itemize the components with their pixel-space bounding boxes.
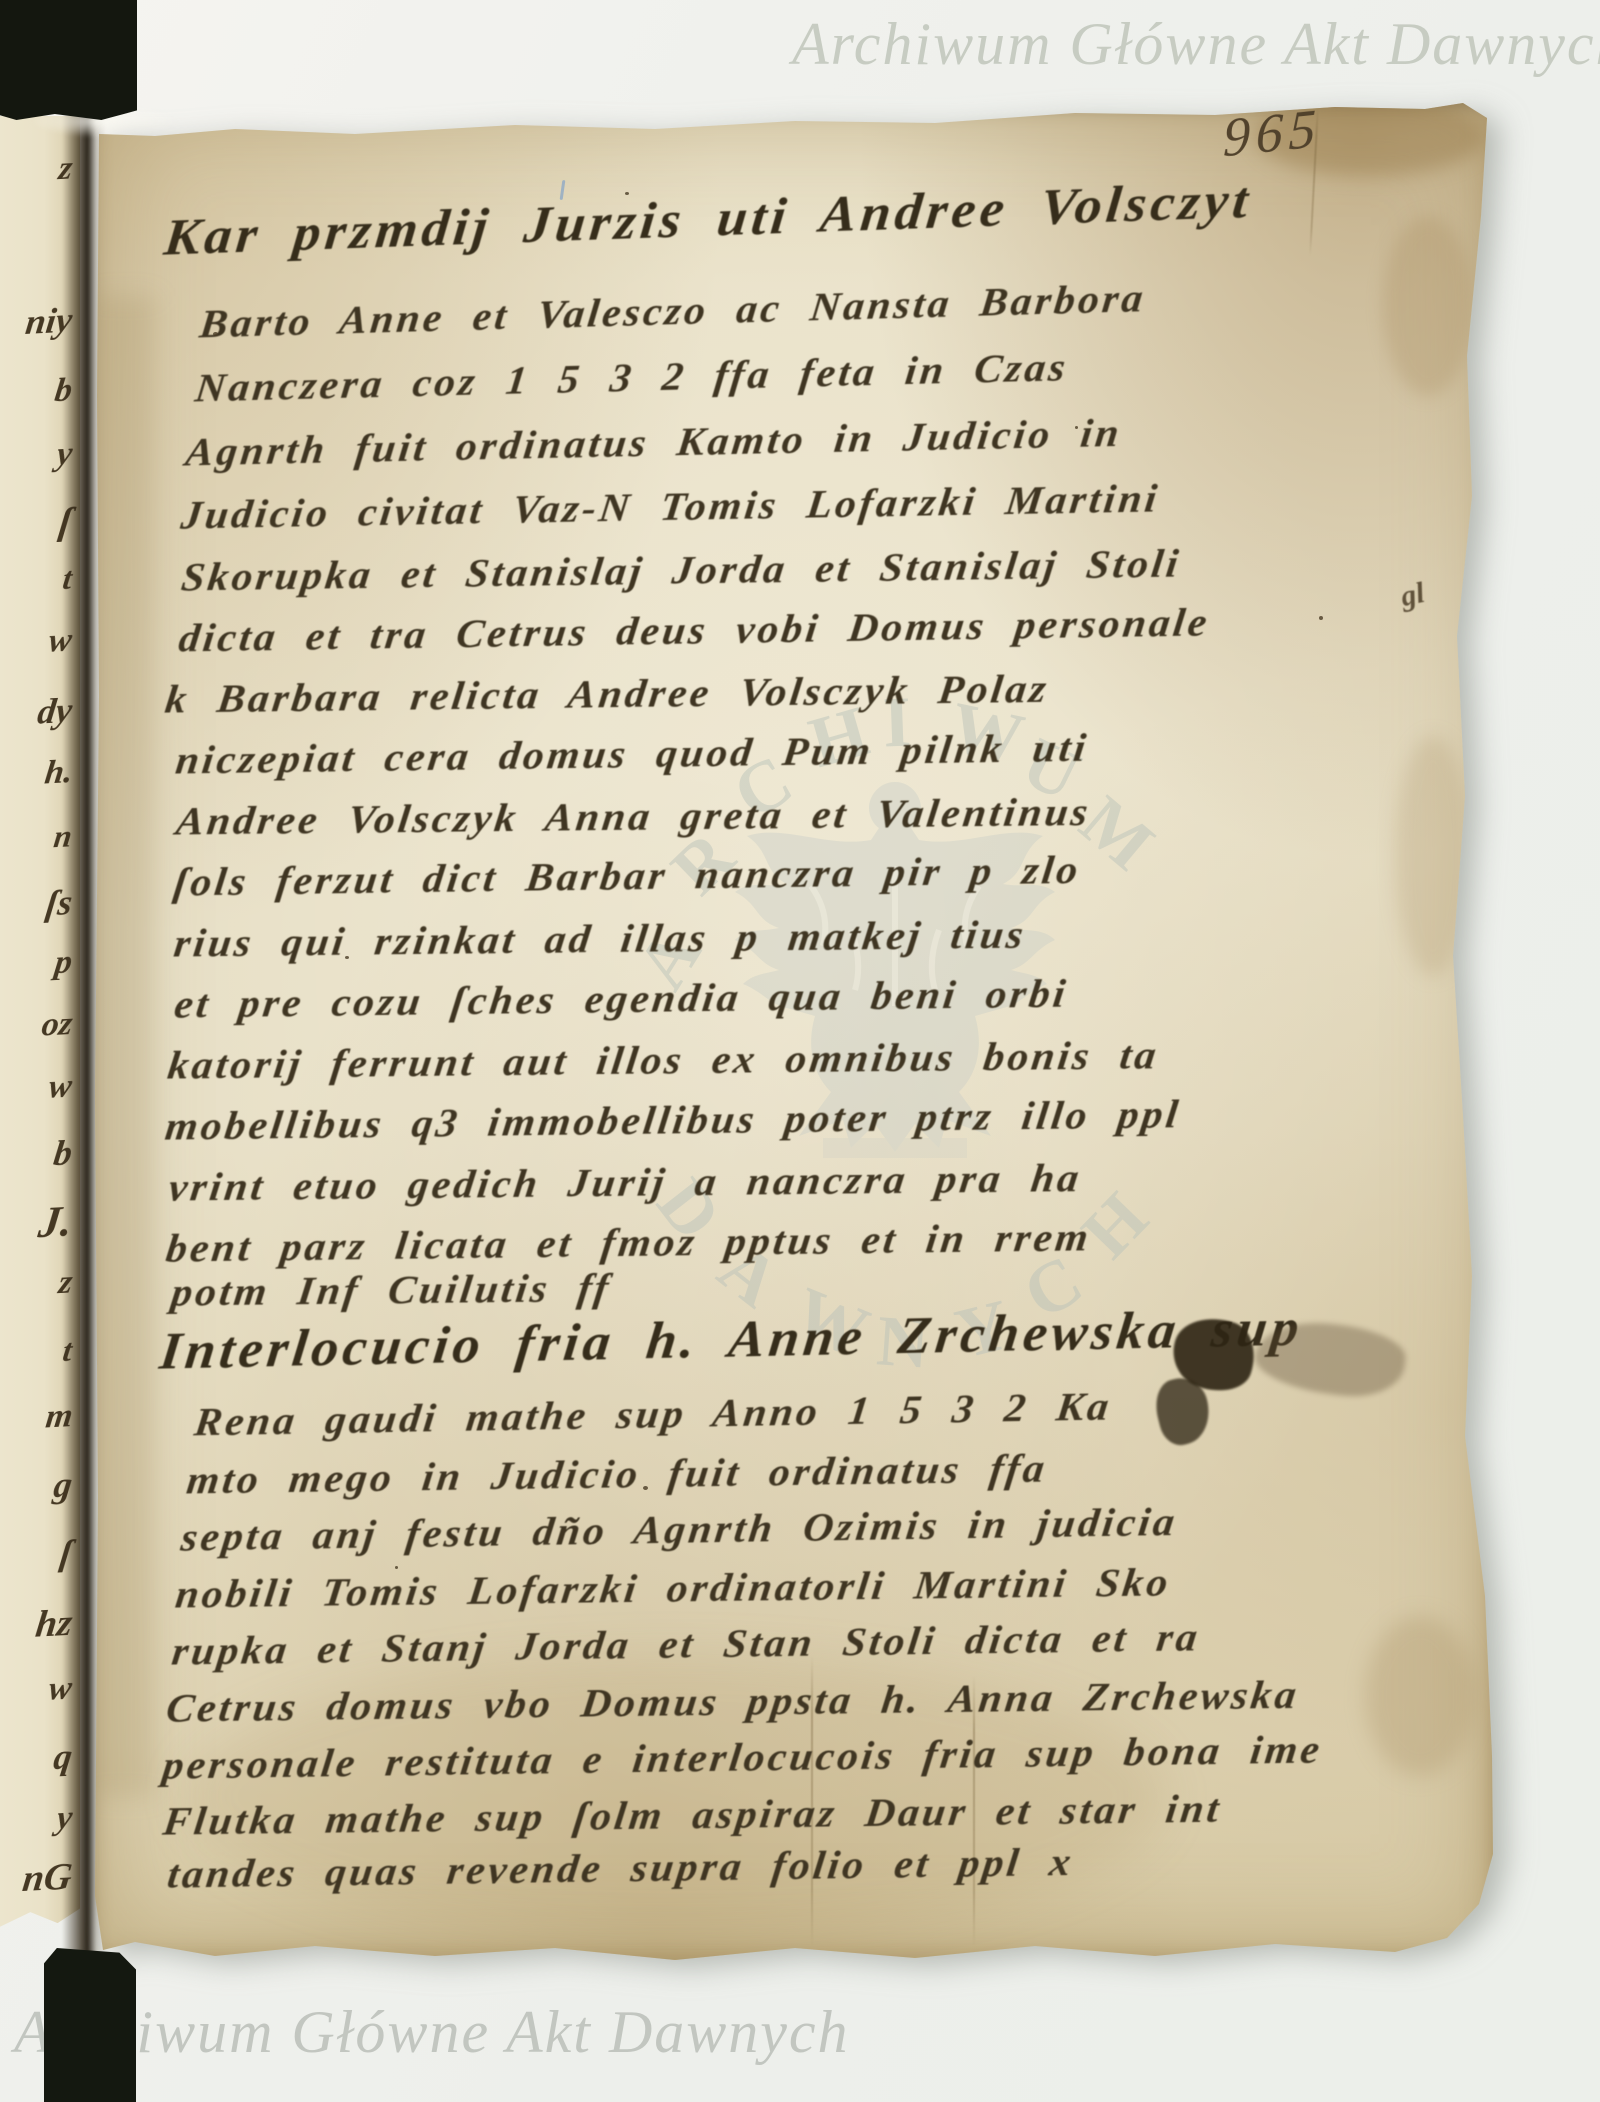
manuscript-line: dicta et tra Cetrus deus vobi Domus pers… — [176, 598, 1212, 661]
manuscript-line: septa anj festu dño Agnrth Ozimis in jud… — [179, 1498, 1181, 1561]
manuscript-line: Judicio civitat Vaz-N Tomis Lofarzki Mar… — [178, 474, 1162, 538]
manuscript-line: ſols ferzut dict Barbar nanczra pir p zl… — [171, 846, 1084, 906]
manuscript-line: tandes quas revende supra folio et ppl x — [165, 1838, 1077, 1898]
manuscript-line: katorij ferrunt aut illos ex omnibus bon… — [165, 1031, 1162, 1088]
manuscript-line: k Barbara relicta Andree Volsczyk Polaz — [163, 665, 1052, 723]
manuscript-line: bent parz licata et fmoz pptus et in rre… — [163, 1213, 1094, 1271]
ink-speck — [345, 956, 349, 959]
manuscript-line: rius qui rzinkat ad illas p matkej tius — [171, 910, 1029, 966]
manuscript-page: ARCHIWUMDAWNYCH Kar przmdij Jurzis uti A… — [95, 96, 1500, 1964]
manuscript-line: mobellibus q3 immobellibus poter ptrz il… — [163, 1090, 1184, 1149]
manuscript-line: Barto Anne et Valesczo ac Nansta Barbora — [197, 274, 1148, 347]
ink-speck — [643, 1486, 648, 1490]
manuscript-line: nobili Tomis Lofarzki ordinatorli Martin… — [173, 1558, 1174, 1617]
manuscript-line: Skorupka et Stanislaj Jorda et Stanislaj… — [179, 539, 1184, 600]
manuscript-line: Rena gaudi mathe sup Anno 1 5 3 2 Ka — [192, 1382, 1115, 1445]
manuscript-line: Agnrth fuit ordinatus Kamto in Judicio i… — [183, 409, 1125, 476]
folio-number: 965 — [1222, 97, 1323, 170]
archive-watermark-top: Archiwum Główne Akt Dawnych — [792, 10, 1600, 79]
ink-speck — [213, 332, 218, 336]
ink-speck — [395, 1566, 398, 1569]
manuscript-line: potm Inf Cuilutis ff — [169, 1264, 615, 1316]
binding-tape-top — [0, 0, 137, 120]
manuscript-line: mto mego in Judicio fuit ordinatus ffa — [184, 1444, 1050, 1503]
manuscript-heading-line: Kar przmdij Jurzis uti Andree Volsczyt — [161, 171, 1255, 268]
manuscript-line: Cetrus domus vbo Domus ppsta h. Anna Zrc… — [164, 1671, 1302, 1732]
archive-watermark-bottom: Archiwum Główne Akt Dawnych — [14, 1998, 850, 2067]
manuscript-line: Andree Volsczyk Anna greta et Valentinus — [173, 788, 1093, 845]
manuscript-text-layer: Kar przmdij Jurzis uti Andree VolsczytBa… — [88, 91, 1506, 1969]
binding-tape-bottom — [44, 1948, 136, 2102]
manuscript-line: vrint etuo gedich Jurij a nanczra pra ha — [166, 1154, 1085, 1211]
manuscript-line: Flutka mathe sup ſolm aspiraz Daur et st… — [160, 1784, 1224, 1844]
manuscript-line: Nanczera coz 1 5 3 2 ffa feta in Czas — [193, 343, 1071, 411]
ink-speck — [625, 192, 629, 195]
manuscript-line: rupka et Stanj Jorda et Stan Stoli dicta… — [169, 1613, 1203, 1674]
manuscript-scan: zniybyſtwdyh.nſspozwbJ.ztmgſhzwqynG — [0, 0, 1600, 2102]
ink-speck — [1319, 616, 1323, 620]
ink-speck — [1075, 426, 1078, 429]
manuscript-line: et pre cozu ſches egendia qua beni orbi — [172, 969, 1071, 1027]
manuscript-line: personale restituta e interlocucois fria… — [160, 1725, 1325, 1788]
manuscript-line: niczepiat cera domus quod Pum pilnk uti — [173, 724, 1091, 784]
